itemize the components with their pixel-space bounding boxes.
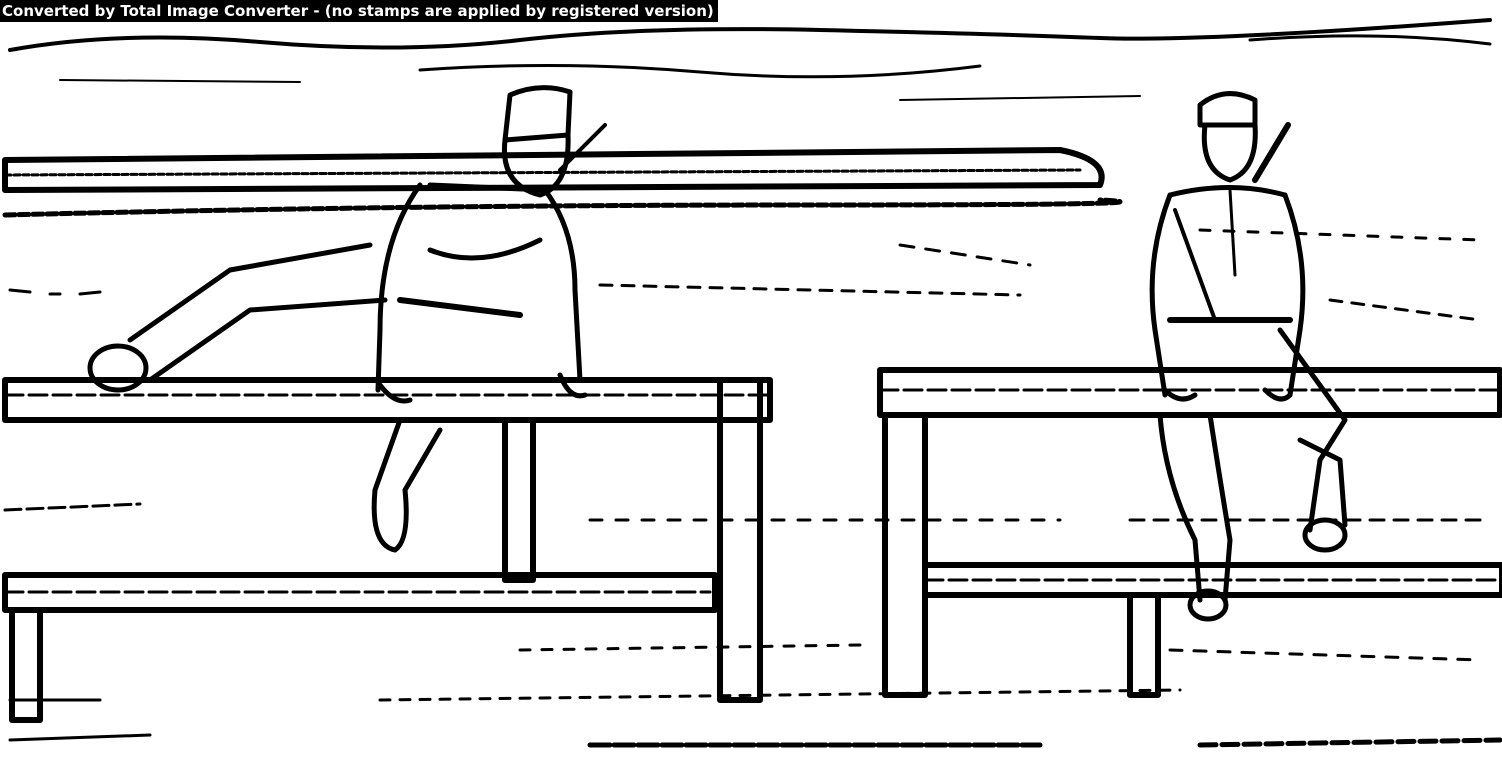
left-balance-beam xyxy=(5,380,770,720)
training-illustration xyxy=(0,0,1502,771)
ground-marks xyxy=(5,230,1500,745)
distant-embankment xyxy=(5,150,1120,215)
converter-watermark: Converted by Total Image Converter - (no… xyxy=(0,0,718,22)
horizon-hills xyxy=(10,20,1490,100)
soldier-sitting xyxy=(1152,94,1345,619)
